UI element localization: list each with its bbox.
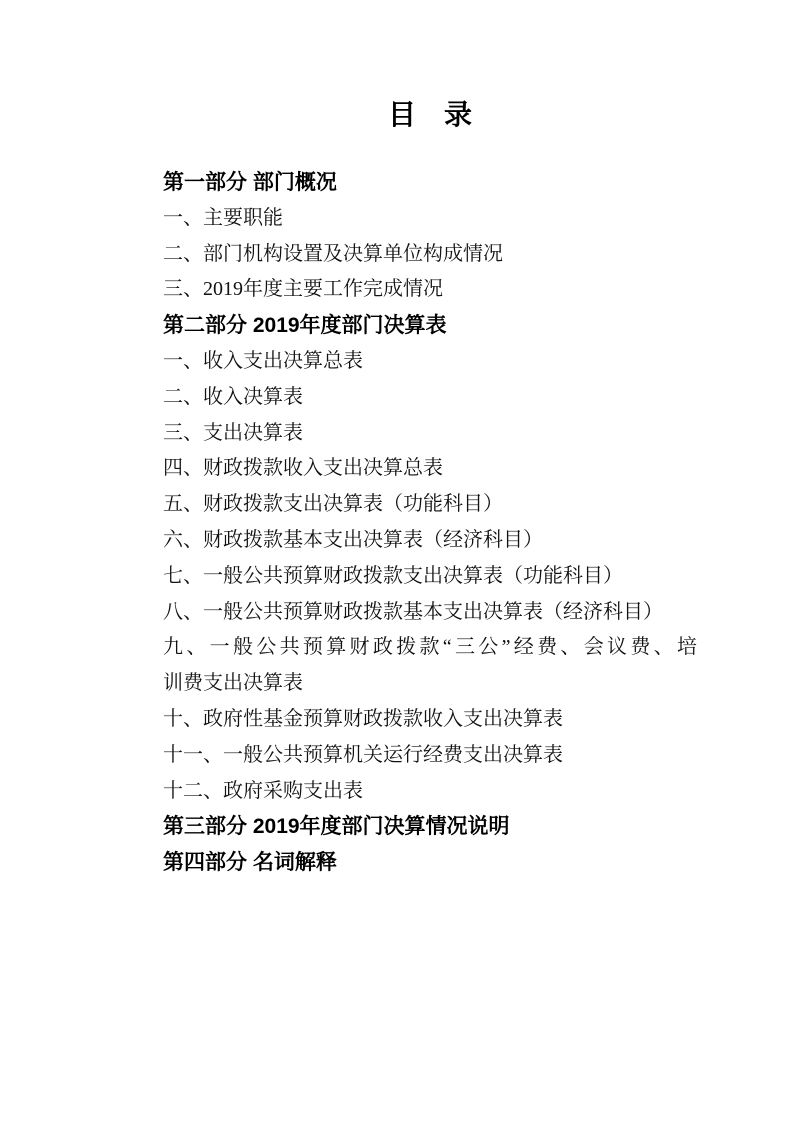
document-page: 目 录 第一部分 部门概况一、主要职能二、部门机构设置及决算单位构成情况三、20… — [0, 0, 794, 1123]
toc-item: 二、收入决算表 — [163, 380, 697, 416]
toc-item: 一、收入支出决算总表 — [163, 344, 697, 380]
toc-item: 三、2019年度主要工作完成情况 — [163, 272, 697, 308]
toc-section-header: 第三部分 2019年度部门决算情况说明 — [163, 809, 697, 845]
toc-section-header: 第二部分 2019年度部门决算表 — [163, 308, 697, 344]
toc-section-header: 第一部分 部门概况 — [163, 165, 697, 201]
toc-item: 九、一般公共预算财政拨款“三公”经费、会议费、培 — [163, 630, 697, 666]
toc-item: 四、财政拨款收入支出决算总表 — [163, 451, 697, 487]
toc-item: 八、一般公共预算财政拨款基本支出决算表（经济科目） — [163, 595, 697, 631]
toc-item: 三、支出决算表 — [163, 416, 697, 452]
toc-item: 一、主要职能 — [163, 201, 697, 237]
toc-item: 六、财政拨款基本支出决算表（经济科目） — [163, 523, 697, 559]
toc-item: 七、一般公共预算财政拨款支出决算表（功能科目） — [163, 559, 697, 595]
toc-item: 十二、政府采购支出表 — [163, 774, 697, 810]
toc-item: 十一、一般公共预算机关运行经费支出决算表 — [163, 738, 697, 774]
page-title: 目 录 — [163, 97, 697, 133]
toc-section-header: 第四部分 名词解释 — [163, 845, 697, 881]
toc-item: 五、财政拨款支出决算表（功能科目） — [163, 487, 697, 523]
toc-item: 二、部门机构设置及决算单位构成情况 — [163, 237, 697, 273]
toc-item: 十、政府性基金预算财政拨款收入支出决算表 — [163, 702, 697, 738]
toc-item: 训费支出决算表 — [163, 666, 697, 702]
table-of-contents: 第一部分 部门概况一、主要职能二、部门机构设置及决算单位构成情况三、2019年度… — [163, 165, 697, 881]
